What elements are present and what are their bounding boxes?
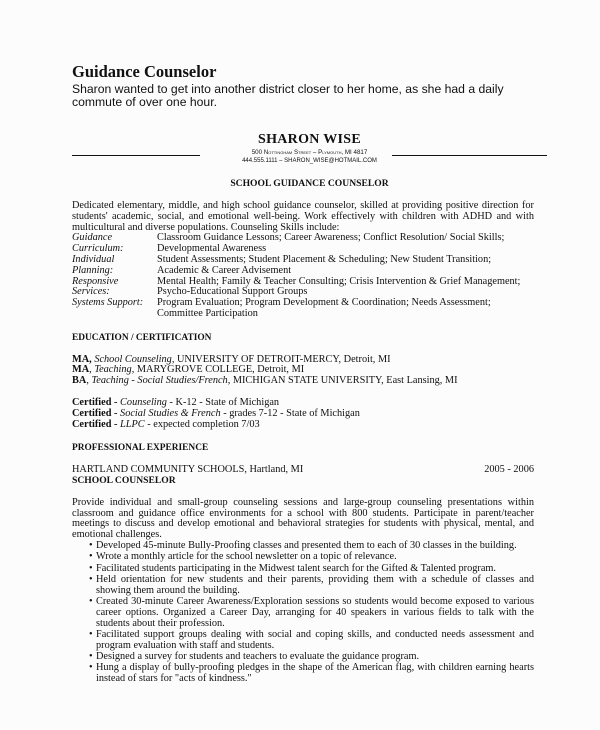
achievement-item: •Designed a survey for students and teac… — [89, 652, 534, 663]
bullet-icon: • — [89, 575, 93, 586]
skill-row: Guidance Curriculum: Classroom Guidance … — [72, 233, 532, 255]
bullet-icon: • — [89, 663, 93, 674]
degree-entry: BA, Teaching - Social Studies/French, MI… — [72, 376, 534, 387]
certification-label: Certified - — [72, 397, 117, 408]
skill-label: Guidance Curriculum: — [72, 233, 157, 255]
achievement-text: Hung a display of bully-proofing pledges… — [96, 662, 534, 684]
certification-area: Counseling — [120, 397, 167, 408]
skill-label: Individual Planning: — [72, 255, 157, 277]
achievement-text: Designed a survey for students and teach… — [96, 651, 419, 662]
skills-list: Guidance Curriculum: Classroom Guidance … — [72, 233, 532, 319]
skill-value: Mental Health; Family & Teacher Consulti… — [157, 277, 532, 299]
achievement-item: •Held orientation for new students and t… — [89, 575, 534, 597]
certification-detail: - K-12 - State of Michigan — [167, 397, 279, 408]
bullet-icon: • — [89, 541, 93, 552]
skill-row: Systems Support: Program Evaluation; Pro… — [72, 298, 532, 320]
achievement-item: •Developed 45-minute Bully-Proofing clas… — [89, 541, 534, 552]
achievement-text: Facilitated support groups dealing with … — [96, 629, 534, 651]
job-position: SCHOOL COUNSELOR — [72, 476, 534, 487]
skill-value: Program Evaluation; Program Development … — [157, 298, 532, 320]
intro-title: Guidance Counselor — [72, 62, 552, 81]
candidate-name: SHARON WISE — [72, 132, 547, 148]
skill-label: Responsive Services: — [72, 277, 157, 299]
candidate-address: 500 Nottingham Street – Plymouth, MI 481… — [72, 149, 547, 157]
job-description: Provide individual and small-group couns… — [72, 498, 534, 541]
achievement-text: Facilitated students participating in th… — [96, 563, 496, 574]
achievement-item: •Facilitated students participating in t… — [89, 564, 534, 575]
degree-institution: , MARYGROVE COLLEGE, Detroit, MI — [132, 364, 304, 375]
bullet-icon: • — [89, 597, 93, 608]
certification-area: LLPC — [120, 419, 145, 430]
degree-field: School Counseling — [94, 354, 172, 365]
degree-type: MA, — [72, 354, 92, 365]
summary-text: Dedicated elementary, middle, and high s… — [72, 201, 534, 233]
intro-text: Sharon wanted to get into another distri… — [72, 83, 552, 108]
achievement-item: •Facilitated support groups dealing with… — [89, 630, 534, 652]
resume-header: SHARON WISE 500 Nottingham Street – Plym… — [72, 132, 534, 168]
certification-area: Social Studies & French — [120, 408, 221, 419]
certification-entry: Certified - LLPC - expected completion 7… — [72, 420, 534, 431]
certification-detail: - expected completion 7/03 — [145, 419, 260, 430]
resume-document: SHARON WISE 500 Nottingham Street – Plym… — [72, 132, 534, 685]
degree-field: Teaching — [94, 364, 131, 375]
degree-type: BA — [72, 375, 86, 386]
bullet-icon: • — [89, 630, 93, 641]
experience-section-title: PROFESSIONAL EXPERIENCE — [72, 443, 534, 454]
achievement-text: Developed 45-minute Bully-Proofing class… — [96, 540, 517, 551]
achievement-item: •Created 30-minute Career Awareness/Expl… — [89, 597, 534, 629]
degree-list: MA, School Counseling, UNIVERSITY OF DET… — [72, 355, 534, 387]
certification-list: Certified - Counseling - K-12 - State of… — [72, 398, 534, 430]
degree-institution: , MICHIGAN STATE UNIVERSITY, East Lansin… — [228, 375, 458, 386]
achievement-text: Held orientation for new students and th… — [96, 574, 534, 596]
job-entry: HARTLAND COMMUNITY SCHOOLS, Hartland, MI… — [72, 465, 534, 685]
job-dates: 2005 - 2006 — [484, 465, 534, 476]
skill-value: Classroom Guidance Lessons; Career Aware… — [157, 233, 532, 255]
objective-title: SCHOOL GUIDANCE COUNSELOR — [72, 178, 547, 190]
candidate-contact: 444.555.1111 – SHARON_WISE@HOTMAIL.COM — [72, 157, 547, 165]
job-achievements: •Developed 45-minute Bully-Proofing clas… — [89, 541, 534, 685]
achievement-text: Wrote a monthly article for the school n… — [96, 551, 397, 562]
bullet-icon: • — [89, 552, 93, 563]
bullet-icon: • — [89, 652, 93, 663]
skill-row: Individual Planning: Student Assessments… — [72, 255, 532, 277]
certification-detail: - grades 7-12 - State of Michigan — [221, 408, 360, 419]
degree-institution: , UNIVERSITY OF DETROIT-MERCY, Detroit, … — [172, 354, 391, 365]
degree-type: MA — [72, 364, 89, 375]
certification-label: Certified - — [72, 408, 117, 419]
skill-row: Responsive Services: Mental Health; Fami… — [72, 277, 532, 299]
achievement-text: Created 30-minute Career Awareness/Explo… — [96, 596, 534, 629]
intro-block: Guidance Counselor Sharon wanted to get … — [72, 62, 552, 108]
achievement-item: •Wrote a monthly article for the school … — [89, 552, 534, 563]
bullet-icon: • — [89, 564, 93, 575]
skill-value: Student Assessments; Student Placement &… — [157, 255, 532, 277]
skill-label: Systems Support: — [72, 298, 157, 320]
achievement-item: •Hung a display of bully-proofing pledge… — [89, 663, 534, 685]
certification-label: Certified - — [72, 419, 117, 430]
education-section-title: EDUCATION / CERTIFICATION — [72, 333, 534, 344]
degree-field: Teaching - Social Studies/French — [91, 375, 227, 386]
